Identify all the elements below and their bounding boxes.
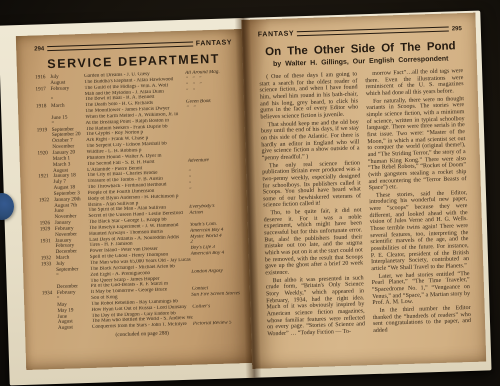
- entry-date: [57, 281, 91, 282]
- entry-date: March: [51, 103, 85, 110]
- left-page-number: 294: [34, 46, 44, 52]
- entry-magazine: [187, 148, 235, 150]
- entry-year: 1918: [36, 104, 51, 110]
- paragraph: But altho it was presented in such crude…: [266, 275, 366, 338]
- entry-year: 1916: [35, 75, 50, 81]
- entry-magazine: [192, 283, 240, 285]
- entry-date: [51, 112, 85, 113]
- paragraph: That should keep me and the old boy busy…: [261, 119, 360, 162]
- right-running-title: FANTASY: [258, 30, 295, 38]
- entry-magazine: [187, 131, 235, 133]
- entry-date: August: [58, 325, 92, 332]
- entry-magazine: [187, 119, 235, 121]
- entry-magazine: [193, 312, 241, 314]
- service-entries-list: 1916 July Garden of Dreams - J. U. Giesy…: [35, 69, 241, 332]
- photo-backdrop: 294 FANTASY SERVICE DEPARTMENT 1916 July…: [0, 0, 500, 386]
- header-rule: [47, 42, 193, 52]
- entry-magazine: [192, 300, 240, 302]
- article-column-2: morrow Fact”…all the old tags were there…: [365, 68, 471, 336]
- entry-year: 1929: [40, 227, 55, 233]
- entry-magazine: [191, 265, 239, 267]
- paragraph: For naturally, there were no thought var…: [366, 96, 467, 192]
- entry-date: [51, 95, 85, 96]
- entry-magazine: Pictorial Review 5: [193, 320, 241, 327]
- entry-magazine: [187, 125, 235, 127]
- entry-magazine: [187, 142, 235, 144]
- paragraph: morrow Fact”…all the old tags were there…: [365, 68, 464, 98]
- entry-magazine: [188, 154, 236, 156]
- entry-year: 1917: [35, 87, 50, 93]
- entry-magazine: [191, 259, 239, 261]
- right-page: FANTASY 295 On The Other Side Of The Pon…: [241, 13, 486, 369]
- section-title: SERVICE DEPARTMENT: [34, 51, 232, 71]
- entry-date: February: [50, 86, 84, 93]
- entry-magazine: [191, 277, 239, 279]
- paragraph: In the third number the Editor thanked t…: [373, 305, 472, 335]
- right-page-number: 295: [452, 26, 462, 32]
- entry-year: 1933: [41, 262, 56, 268]
- entry-year: 1919: [37, 128, 52, 134]
- book-spread: 294 FANTASY SERVICE DEPARTMENT 1916 July…: [0, 11, 492, 386]
- entry-magazine: [188, 166, 236, 168]
- paragraph: Later, we had stories entitled “The Pear…: [371, 271, 470, 307]
- article-body: ( One of these days I am going to start …: [259, 68, 471, 339]
- right-running-head: FANTASY 295: [258, 25, 462, 38]
- entry-magazine: [189, 201, 237, 203]
- entry-year: 1920: [37, 151, 52, 157]
- entry-magazine: [193, 318, 241, 320]
- left-running-head: 294 FANTASY: [34, 39, 232, 52]
- entry-magazine: [189, 195, 237, 197]
- paragraph: Tho, to be quite fair, it did not deserv…: [263, 207, 363, 277]
- paragraph: ( One of these days I am going to start …: [259, 71, 358, 121]
- article-column-1: ( One of these days I am going to start …: [259, 71, 365, 339]
- entry-year: 1931: [40, 239, 55, 245]
- header-rule: [297, 27, 449, 37]
- entry-magazine: [187, 137, 235, 139]
- entry-magazine: [190, 218, 238, 220]
- entry-magazine: [186, 113, 234, 115]
- entry-magazine: [186, 96, 234, 98]
- paragraph: These stories, said the Editor, introduc…: [369, 190, 469, 273]
- entry-year: 1921: [38, 174, 53, 180]
- entry-year: 1922: [39, 198, 54, 204]
- left-page: 294 FANTASY SERVICE DEPARTMENT 1916 July…: [16, 29, 252, 370]
- entry-year: 1934: [42, 291, 57, 297]
- paragraph: The only real science fiction publicatio…: [262, 160, 361, 210]
- left-running-title: FANTASY: [196, 39, 233, 47]
- entry-date: ”: [56, 273, 90, 280]
